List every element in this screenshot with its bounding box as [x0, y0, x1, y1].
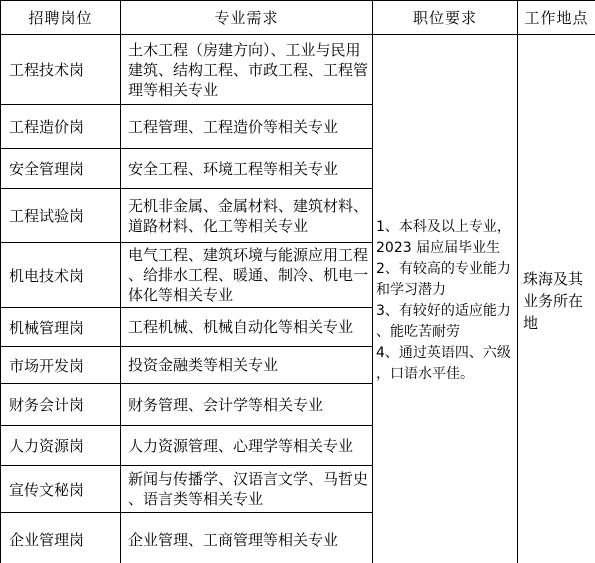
- majors-cell: 无机非金属、金属材料、建筑材料、道路材料、化工等相关专业: [121, 189, 373, 243]
- requirement-item: 4、通过英语四、六级，口语水平佳。: [376, 343, 515, 385]
- majors-cell: 土木工程（房建方向）、工业与民用建筑、结构工程、市政工程、工程管理等相关专业: [121, 35, 373, 105]
- position-cell: 工程技术岗: [1, 35, 121, 105]
- position-cell: 机械管理岗: [1, 308, 121, 347]
- table-row: 工程技术岗 土木工程（房建方向）、工业与民用建筑、结构工程、市政工程、工程管理等…: [1, 35, 595, 105]
- position-cell: 宣传文秘岗: [1, 466, 121, 513]
- recruitment-table: 招聘岗位 专业需求 职位要求 工作地点 工程技术岗 土木工程（房建方向）、工业与…: [0, 0, 595, 563]
- majors-cell: 新闻与传播学、汉语言文学、马哲史、语言类等相关专业: [121, 466, 373, 513]
- majors-cell: 电气工程、建筑环境与能源应用工程、给排水工程、暖通、制冷、机电一体化等相关专业: [121, 243, 373, 308]
- position-cell: 财务会计岗: [1, 384, 121, 426]
- position-cell: 人力资源岗: [1, 426, 121, 466]
- position-cell: 工程造价岗: [1, 105, 121, 149]
- majors-cell: 财务管理、会计学等相关专业: [121, 384, 373, 426]
- majors-cell: 安全工程、环境工程等相关专业: [121, 149, 373, 189]
- requirement-item: 2、有较高的专业能力和学习潜力: [376, 259, 515, 301]
- header-requirements: 职位要求: [373, 1, 518, 35]
- majors-cell: 工程管理、工程造价等相关专业: [121, 105, 373, 149]
- position-cell: 机电技术岗: [1, 243, 121, 308]
- position-cell: 安全管理岗: [1, 149, 121, 189]
- location-cell: 珠海及其业务所在地: [518, 35, 595, 563]
- header-location: 工作地点: [518, 1, 595, 35]
- majors-cell: 工程机械、机械自动化等相关专业: [121, 308, 373, 347]
- position-cell: 工程试验岗: [1, 189, 121, 243]
- requirement-item: 1、本科及以上专业，2023 届应届毕业生: [376, 217, 515, 259]
- requirements-cell: 1、本科及以上专业，2023 届应届毕业生 2、有较高的专业能力和学习潜力 3、…: [373, 35, 518, 563]
- requirement-item: 3、有较好的适应能力、能吃苦耐劳: [376, 301, 515, 343]
- majors-cell: 人力资源管理、心理学等相关专业: [121, 426, 373, 466]
- header-majors: 专业需求: [121, 1, 373, 35]
- position-cell: 企业管理岗: [1, 513, 121, 563]
- header-position: 招聘岗位: [1, 1, 121, 35]
- position-cell: 市场开发岗: [1, 347, 121, 384]
- header-row: 招聘岗位 专业需求 职位要求 工作地点: [1, 1, 595, 35]
- majors-cell: 投资金融类等相关专业: [121, 347, 373, 384]
- majors-cell: 企业管理、工商管理等相关专业: [121, 513, 373, 563]
